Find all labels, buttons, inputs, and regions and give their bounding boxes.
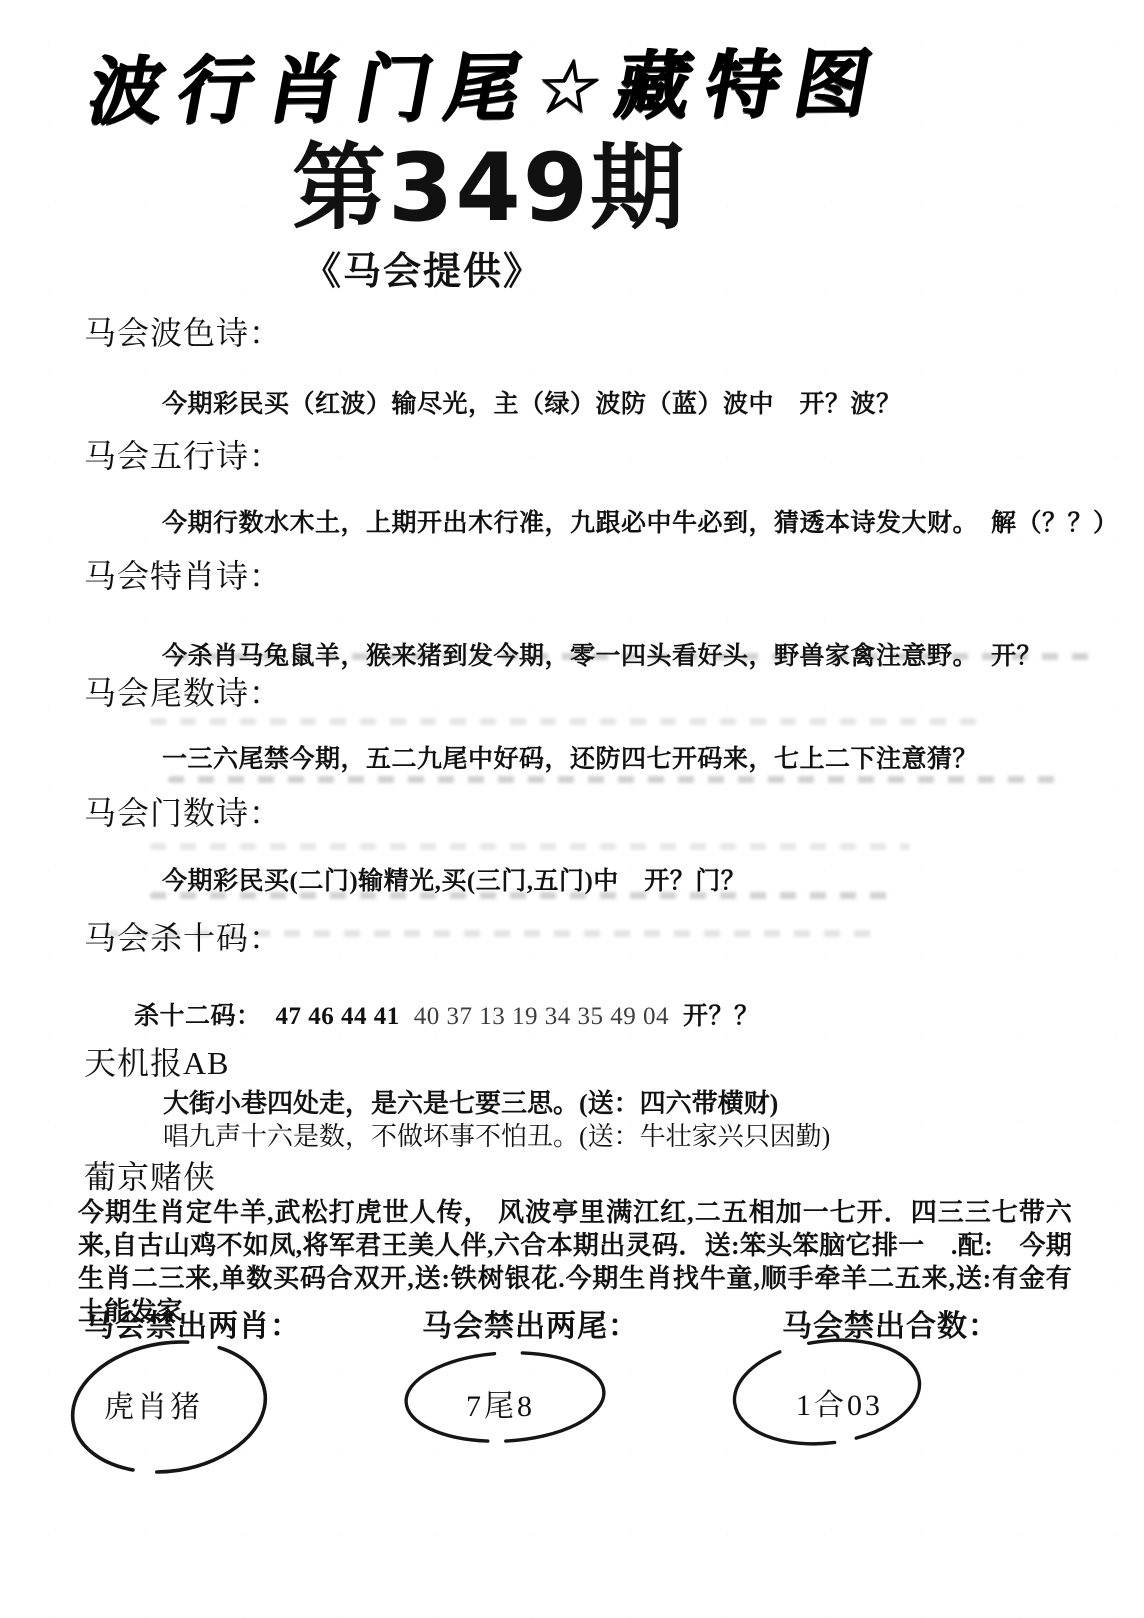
provider-label: 《马会提供》 <box>303 240 543 295</box>
section-heading-pujing: 葡京赌侠 <box>84 1152 216 1198</box>
tip-sheet-page: 波行肖门尾☆藏特图 第349期 《马会提供》 马会波色诗： 今期彩民买（红波）输… <box>0 0 1144 1618</box>
scan-artifact <box>150 892 900 899</box>
poem-wave-color: 今期彩民买（红波）输尽光，主（绿）波防（蓝）波中 开？波？ <box>162 384 902 420</box>
scan-artifact <box>104 930 874 937</box>
ban-heading-two-tails: 马会禁出两尾： <box>422 1301 639 1345</box>
poem-five-elements: 今期行数水木土，上期开出木行准，九跟必中牛必到，猜透本诗发大财。 解（？？） <box>162 503 1119 539</box>
section-heading-tail-number: 马会尾数诗： <box>84 668 282 714</box>
scan-artifact <box>172 653 1090 660</box>
kill-codes-line: 杀十二码：47 46 44 4140 37 13 19 34 35 49 04开… <box>134 996 760 1032</box>
scan-artifact <box>150 843 910 850</box>
ban-tails-value: 7尾8 <box>466 1381 535 1425</box>
poem-tail-number: 一三六尾禁今期，五二九尾中好码，还防四七开码来，七上二下注意猜？ <box>162 739 978 775</box>
tianji-line-2: 唱九声十六是数，不做坏事不怕丑。(送：牛壮家兴只因勤) <box>163 1116 830 1153</box>
issue-number: 第349期 <box>292 112 686 247</box>
section-heading-gate-number: 马会门数诗： <box>84 788 282 834</box>
ban-zodiac-value: 虎肖猪 <box>104 1382 203 1426</box>
scan-artifact <box>168 776 1068 783</box>
scan-artifact <box>150 718 990 725</box>
section-heading-five-elements: 马会五行诗： <box>84 431 282 477</box>
ban-sum-value: 1合03 <box>796 1380 883 1424</box>
kill-codes-suffix: 开？？ <box>683 1003 760 1030</box>
kill-codes-light: 40 37 13 19 34 35 49 04 <box>414 1003 669 1030</box>
tianji-line-1: 大街小巷四处走，是六是七要三思。(送：四六带横财) <box>163 1083 778 1120</box>
section-heading-special-zodiac: 马会特肖诗： <box>84 551 282 597</box>
section-heading-wave-color: 马会波色诗： <box>84 308 282 354</box>
kill-codes-bold: 47 46 44 41 <box>276 1003 400 1030</box>
section-heading-tianji: 天机报AB <box>84 1038 229 1084</box>
kill-codes-label: 杀十二码： <box>134 1003 262 1030</box>
